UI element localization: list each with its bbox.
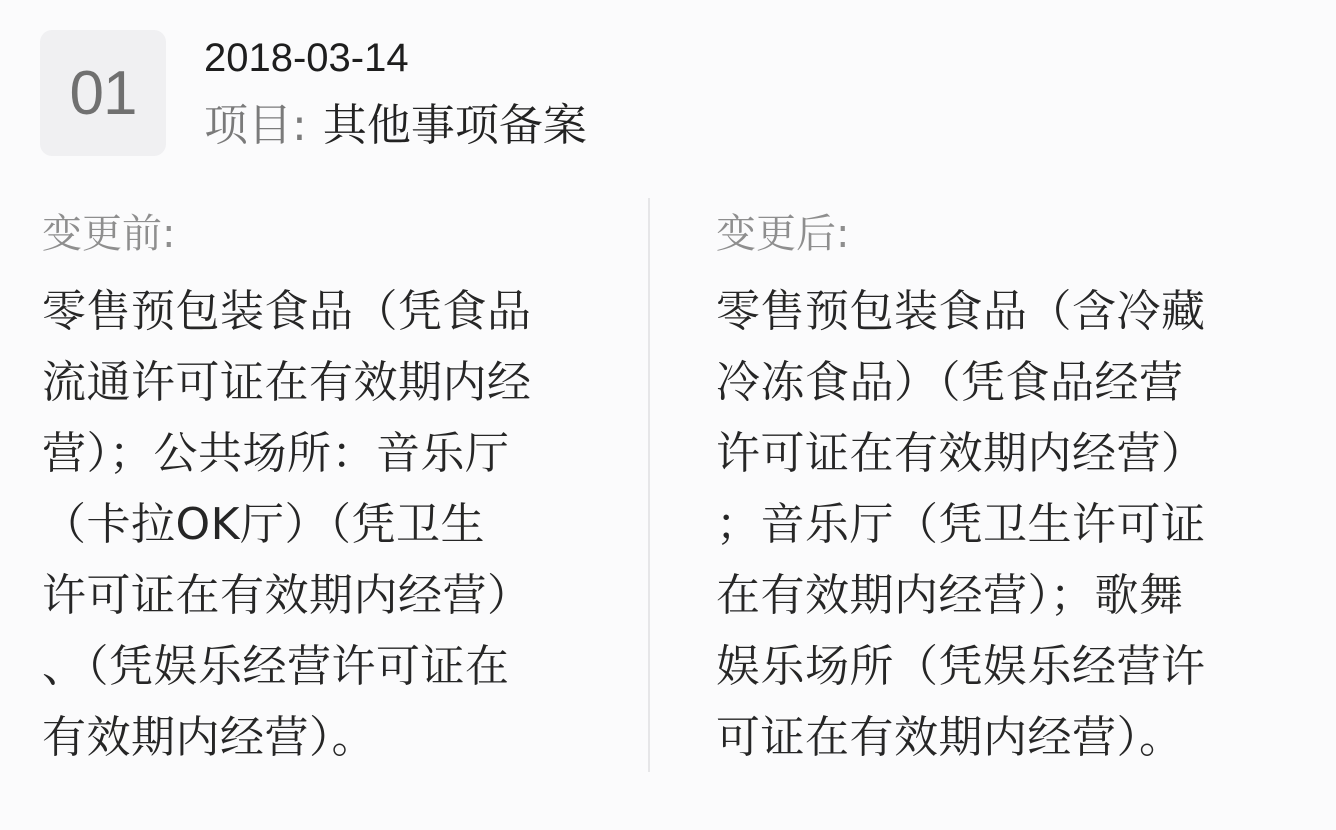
after-change-line: 许可证在有效期内经营） — [716, 418, 1276, 489]
after-change-line: 零售预包装食品（含冷藏 — [716, 276, 1276, 347]
after-change-line: 冷冻食品）（凭食品经营 — [716, 347, 1276, 418]
after-change-line: 在有效期内经营）；歌舞 — [716, 560, 1276, 631]
project-value: 其他事项备案 — [323, 100, 587, 151]
before-change-line: 许可证在有效期内经营） — [42, 560, 602, 631]
project-label: 项目: — [204, 100, 307, 151]
before-change-line: 营）；公共场所：音乐厅 — [42, 418, 602, 489]
before-change-column: 变更前: 零售预包装食品（凭食品 流通许可证在有效期内经 营）；公共场所：音乐厅… — [42, 204, 602, 773]
after-change-line: ；音乐厅（凭卫生许可证 — [716, 489, 1276, 560]
record-date: 2018-03-14 — [204, 34, 409, 82]
before-change-line: 、（凭娱乐经营许可证在 — [42, 631, 602, 702]
before-change-heading: 变更前: — [42, 204, 602, 264]
before-change-line: 有效期内经营）。 — [42, 702, 602, 773]
after-change-column: 变更后: 零售预包装食品（含冷藏 冷冻食品）（凭食品经营 许可证在有效期内经营）… — [716, 204, 1276, 773]
before-change-line: 零售预包装食品（凭食品 — [42, 276, 602, 347]
project-row: 项目:其他事项备案 — [204, 96, 587, 156]
after-change-line: 娱乐场所（凭娱乐经营许 — [716, 631, 1276, 702]
before-change-line: 流通许可证在有效期内经 — [42, 347, 602, 418]
after-change-heading: 变更后: — [716, 204, 1276, 264]
column-divider — [648, 198, 650, 772]
record-index-badge: 01 — [40, 30, 166, 156]
after-change-line: 可证在有效期内经营）。 — [716, 702, 1276, 773]
before-change-line: （卡拉OK厅）（凭卫生 — [42, 489, 602, 560]
record-index: 01 — [70, 58, 137, 129]
